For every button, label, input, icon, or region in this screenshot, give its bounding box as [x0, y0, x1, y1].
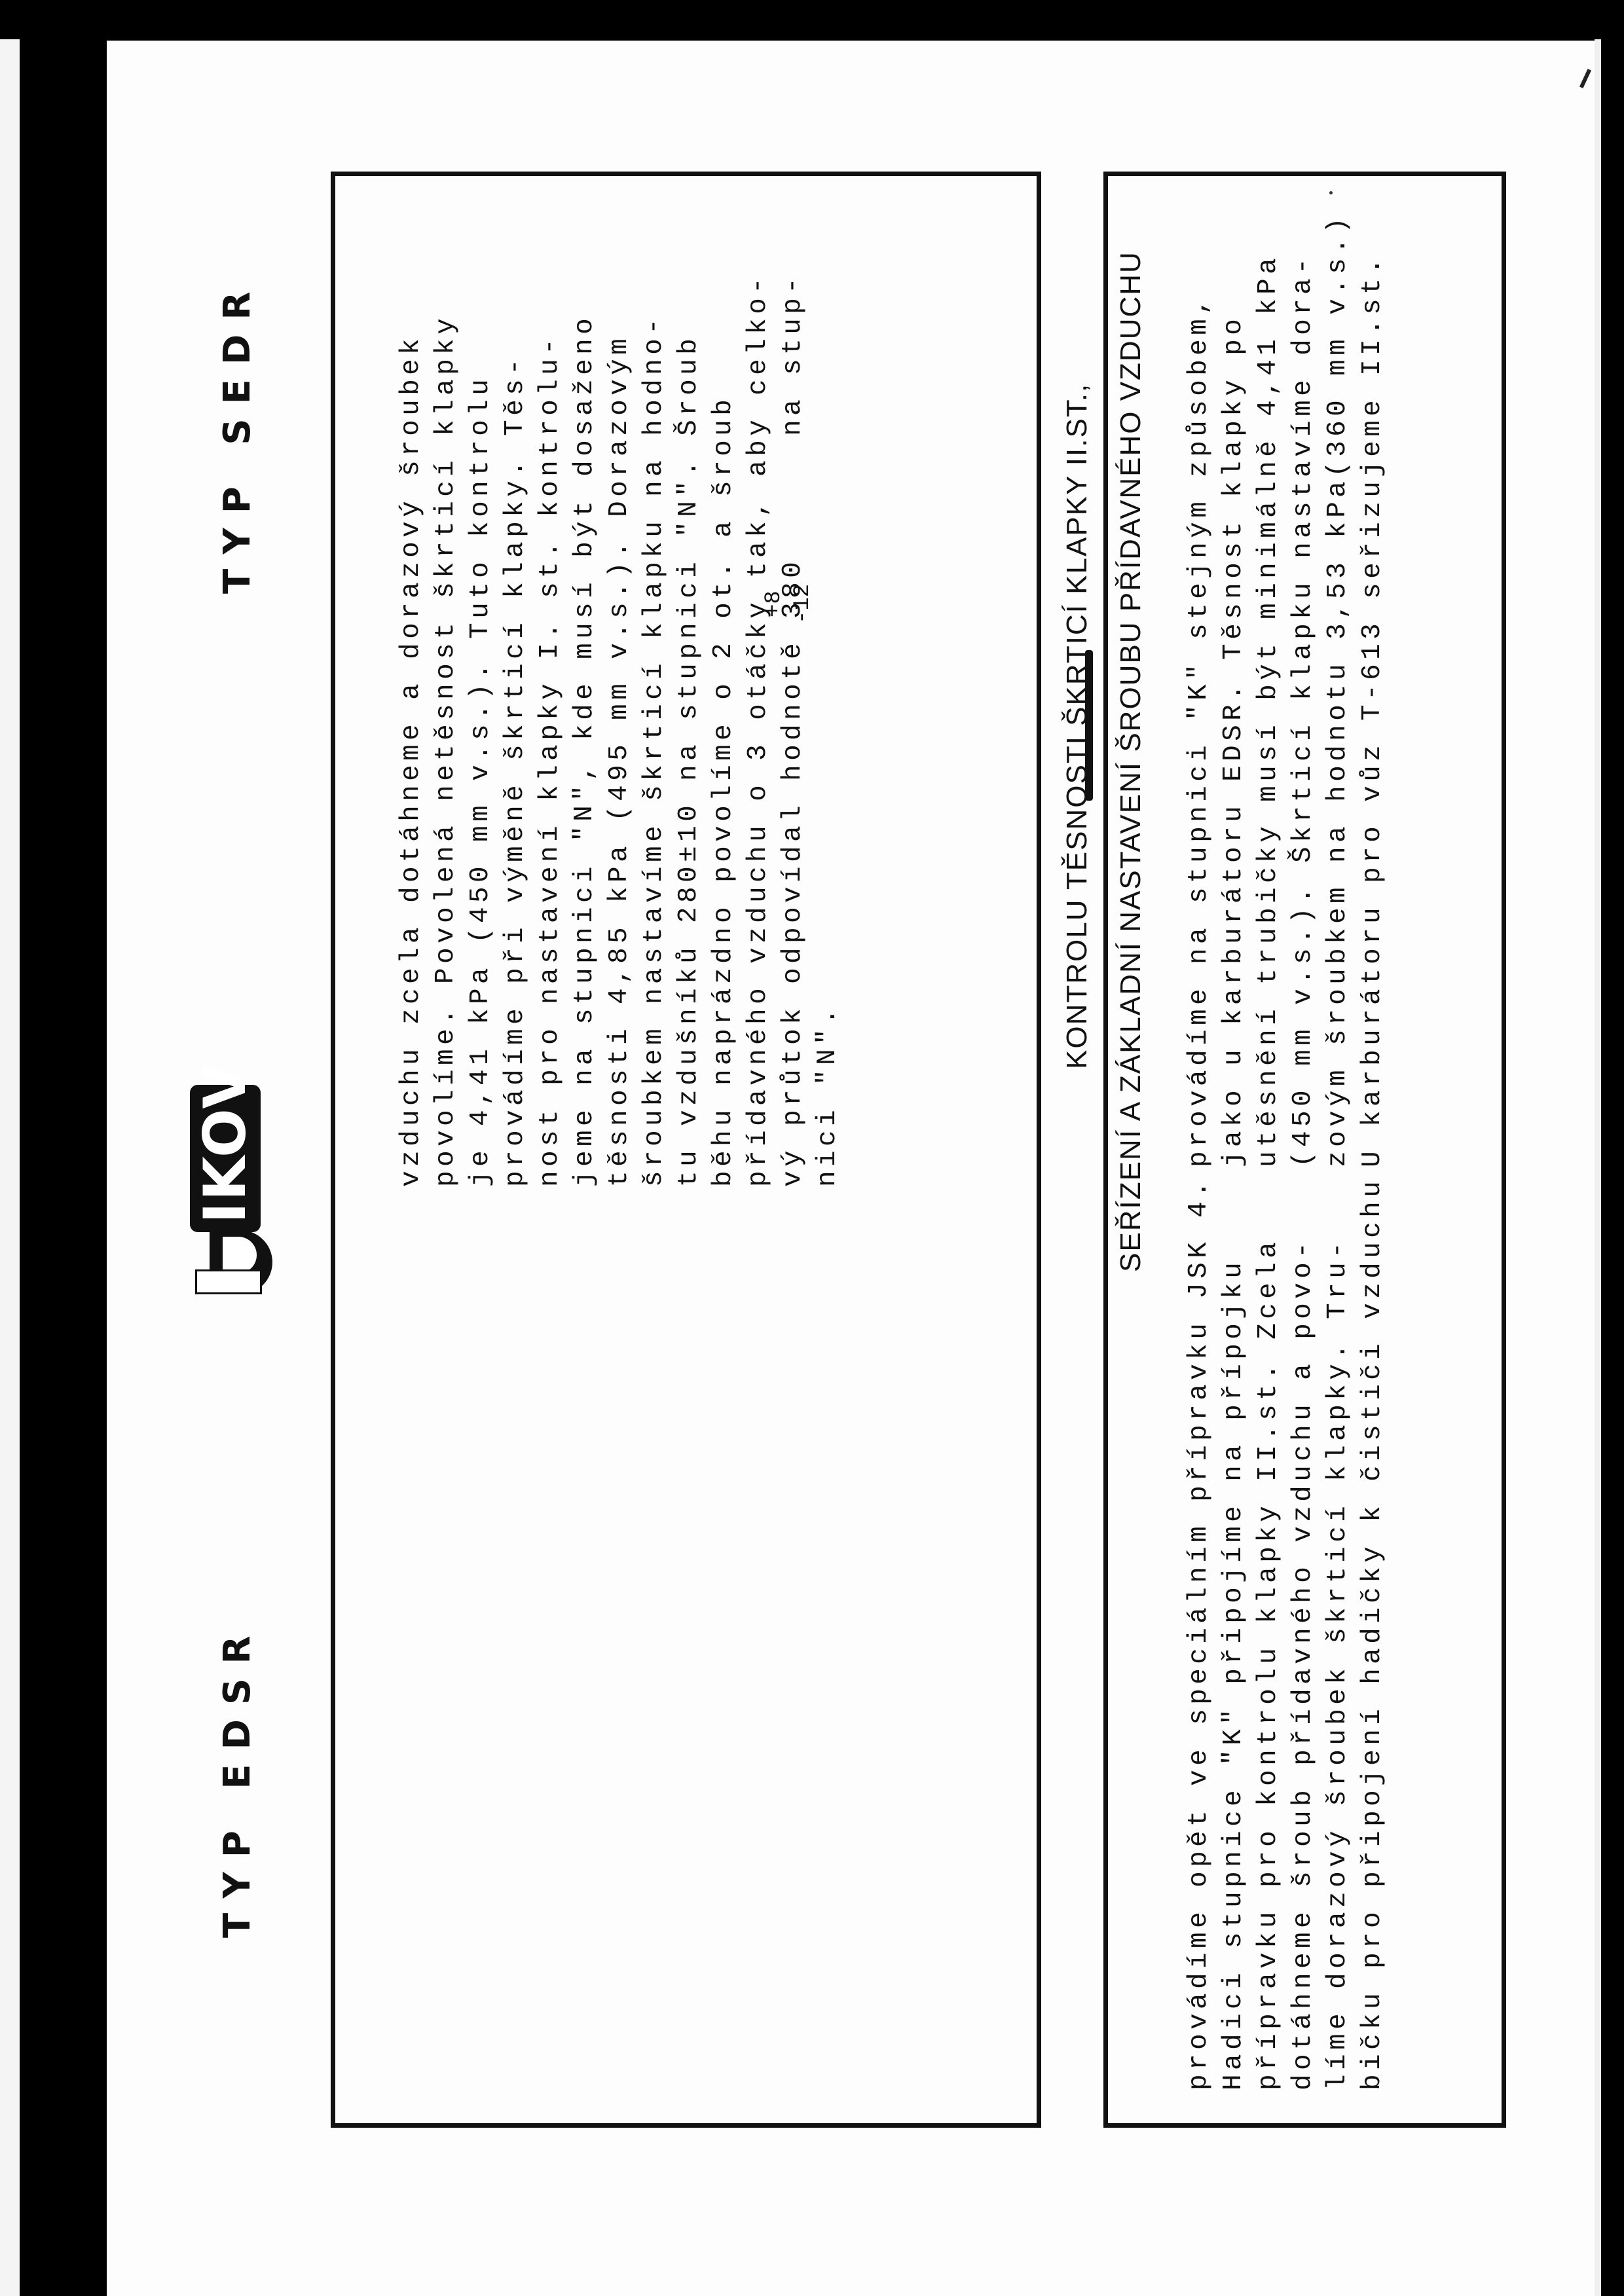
text-line: těsnosti 4,85 kPa (495 mm v.s.). Dorazov…	[602, 274, 637, 1187]
text-line: dotáhneme šroub přídavného vzduchu a pov…	[1286, 1177, 1321, 2090]
text-line: utěsnění trubičky musí být minimálně 4,4…	[1251, 213, 1286, 1167]
text-line: provádíme na stupnici "K" stejným způsob…	[1182, 213, 1217, 1167]
text-line: je 4,41 kPa (450 mm v.s.). Tuto kontrolu	[464, 274, 498, 1187]
section-heading-line1: KONTROLU TĚSNOSTI ŠKRTICÍ KLAPKY II.ST.,	[1061, 383, 1094, 1069]
text-line: povolíme. Povolená netěsnost škrticí kla…	[429, 274, 464, 1187]
panel-stage2-check: KONTROLU TĚSNOSTI ŠKRTICÍ KLAPKY II.ST.,…	[1103, 172, 1506, 2128]
text-line: (450 mm v.s.). Škrticí klapku nastavíme …	[1286, 213, 1321, 1167]
text-line: nost pro nastavení klapky I. st. kontrol…	[533, 274, 568, 1187]
panel2-left-column: provádíme opět ve speciálním přípravku J…	[1182, 1177, 1390, 2090]
panel1-text: vzduchu zcela dotáhneme a dorazový šroub…	[394, 274, 845, 1187]
text-line: zovým šroubkem na hodnotu 3,53 kPa(360 m…	[1321, 213, 1356, 1167]
type-label-sedr: TYP SEDR	[216, 278, 259, 594]
type-label-edsr: TYP EDSR	[216, 1622, 259, 1938]
tolerance-plus: +8	[762, 591, 786, 617]
text-line: jeme na stupnici "N", kde musí být dosaž…	[568, 274, 602, 1187]
section-heading-line2: SEŘÍZENÍ A ZÁKLADNÍ NASTAVENÍ ŠROUBU PŘÍ…	[1115, 251, 1147, 1272]
text-line: vý průtok odpovídal hodnotě 380 na stup-	[776, 274, 811, 1187]
text-line: přídavného vzduchu o 3 otáčky tak, aby c…	[741, 274, 776, 1187]
text-line: nici "N".	[811, 274, 845, 1187]
text-line: tu vzdušníků 280±10 na stupnici "N". Šro…	[672, 274, 707, 1187]
text-line: běhu naprázdno povolíme o 2 ot. a šroub	[707, 274, 741, 1187]
jikov-logo: IKOV	[190, 1078, 282, 1294]
logo-text: IKOV	[195, 1063, 255, 1224]
text-line: líme dorazový šroubek škrticí klapky. Tr…	[1321, 1177, 1356, 2090]
logo-j-glyph	[190, 1222, 275, 1294]
text-line: vzduchu zcela dotáhneme a dorazový šroub…	[394, 274, 429, 1187]
text-line: přípravku pro kontrolu klapky II.st. Zce…	[1251, 1177, 1286, 2090]
panel-sedr-procedure: vzduchu zcela dotáhneme a dorazový šroub…	[331, 172, 1041, 2128]
document-page: TYP EDSR IKOV TYP SEDR vzduchu zcela dot…	[0, 0, 1624, 2296]
text-line: Hadici stupnice "K" připojíme na přípojk…	[1217, 1177, 1251, 2090]
text-line: provádíme při výměně škrticí klapky. Těs…	[498, 274, 533, 1187]
text-line: jako u karburátoru EDSR. Těsnost klapky …	[1217, 213, 1251, 1167]
text-line: provádíme opět ve speciálním přípravku J…	[1182, 1177, 1217, 2090]
tolerance-minus: -12	[790, 584, 815, 624]
text-line: U karburátoru pro vůz T-613 seřizujeme I…	[1356, 213, 1390, 1167]
text-line: šroubkem nastavíme škrticí klapku na hod…	[637, 274, 672, 1187]
text-line: bičku pro připojení hadičky k čističi vz…	[1356, 1177, 1390, 2090]
panel2-right-column: provádíme na stupnici "K" stejným způsob…	[1182, 213, 1390, 1167]
